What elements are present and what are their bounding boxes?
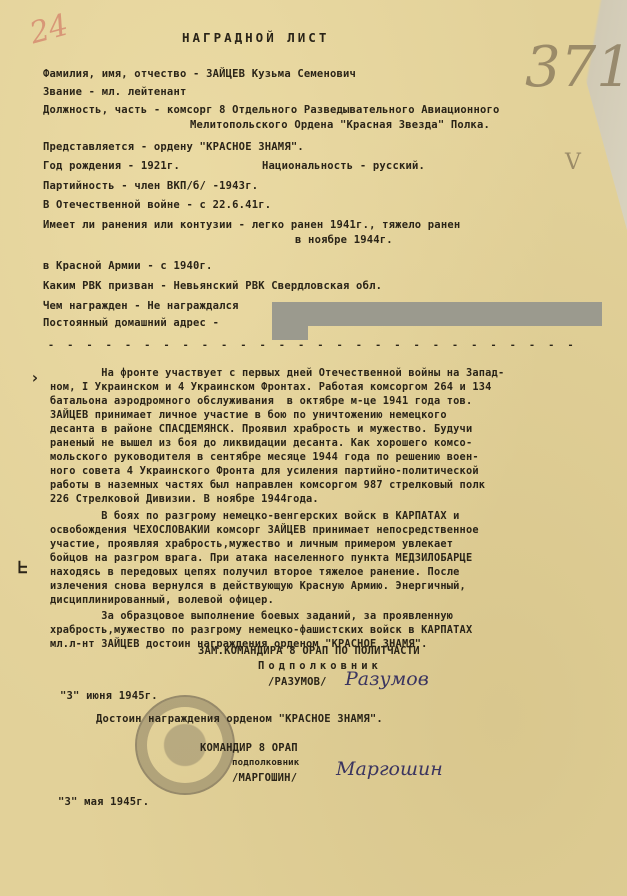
hook-mark: ᖶ xyxy=(18,558,27,578)
narrative-line: ЗАЙЦЕВ принимает личное участие в бою по… xyxy=(50,409,447,421)
conclusion-text: Достоин награждения орденом "КРАСНОЕ ЗНА… xyxy=(96,713,383,725)
narrative-line: участие, проявляя храбрость,мужество и л… xyxy=(50,538,453,550)
redaction-box-tail xyxy=(272,326,308,340)
document-title: НАГРАДНОЙ ЛИСТ xyxy=(182,30,329,45)
arrow-mark: › xyxy=(30,368,40,387)
narrative-line: раненый не вышел из боя до ликвидации де… xyxy=(50,437,472,449)
narrative-line: ном, I Украинском и 4 Украинском Фронтах… xyxy=(50,381,492,393)
narrative-line: храбрость,мужество по разгрому немецко-ф… xyxy=(50,624,472,636)
signer1-position: ЗАМ.КОМАНДИРА 8 ОРАП ПО ПОЛИТЧАСТИ xyxy=(198,645,420,657)
redaction-box xyxy=(272,302,602,326)
narrative-line: На фронте участвует с первых дней Отечес… xyxy=(50,367,504,379)
narrative-line: ного совета 4 Украинского Фронта для уси… xyxy=(50,465,479,477)
narrative-line: находясь в передовых цепях получил второ… xyxy=(50,566,460,578)
narrative-line: За образцовое выполнение боевых заданий,… xyxy=(50,610,453,622)
narrative-line: излечения снова вернулся в действующую К… xyxy=(50,580,466,592)
signer2-signature: Маргошин xyxy=(336,758,443,780)
field-awards: Чем награжден - Не награждался xyxy=(43,300,239,312)
field-wounds-cont: в ноябре 1944г. xyxy=(295,234,393,246)
narrative-line: мольского руководителя в сентябре месяце… xyxy=(50,451,479,463)
pencil-check-mark: V xyxy=(565,150,581,175)
field-nominated-for: Представляется - ордену "КРАСНОЕ ЗНАМЯ". xyxy=(43,141,304,153)
signer1-signature: Разумов xyxy=(345,668,429,690)
narrative-line: батальона аэродромного обслуживания в ок… xyxy=(50,395,472,407)
date-2: "3" мая 1945г. xyxy=(58,796,149,808)
narrative-line: десанта в районе СПАСДЕМЯНСК. Проявил хр… xyxy=(50,423,472,435)
field-red-army: в Красной Армии - с 1940г. xyxy=(43,260,213,272)
separator-line: - - - - - - - - - - - - - - - - - - - - … xyxy=(48,340,577,351)
narrative-line: бойцов на разгром врага. При атака насел… xyxy=(50,552,472,564)
narrative-line: работы в наземных частях был направлен к… xyxy=(50,479,485,491)
field-wounds: Имеет ли ранения или контузии - легко ра… xyxy=(43,219,460,231)
signer2-position: КОМАНДИР 8 ОРАП xyxy=(200,742,298,754)
field-home-address: Постоянный домашний адрес - xyxy=(43,317,226,329)
narrative-line: В боях по разгрому немецко-венгерских во… xyxy=(50,510,460,522)
field-birth-year: Год рождения - 1921г. xyxy=(43,160,180,172)
signer2-name: /МАРГОШИН/ xyxy=(232,772,297,784)
field-party: Партийность - член ВКП/б/ -1943г. xyxy=(43,180,258,192)
date-1: "3" июня 1945г. xyxy=(60,690,158,702)
signer1-name: /РАЗУМОВ/ xyxy=(268,676,327,688)
field-name: Фамилия, имя, отчество - ЗАЙЦЕВ Кузьма С… xyxy=(43,68,356,80)
signer2-rank: подполковник xyxy=(232,758,299,768)
narrative-line: 226 Стрелковой Дивизии. В ноябре 1944год… xyxy=(50,493,319,505)
field-drafted-by: Каким РВК призван - Невьянский РВК Сверд… xyxy=(43,280,382,292)
field-rank: Звание - мл. лейтенант xyxy=(43,86,187,98)
pencil-number: 371 xyxy=(525,35,627,100)
field-nationality: Национальность - русский. xyxy=(262,160,425,172)
field-position-cont: Мелитопольского Ордена "Красная Звезда" … xyxy=(190,119,490,131)
field-position: Должность, часть - комсорг 8 Отдельного … xyxy=(43,104,500,116)
narrative-line: освобождения ЧЕХОСЛОВАКИИ комсорг ЗАЙЦЕВ… xyxy=(50,524,479,536)
narrative-line: дисциплинированный, волевой офицер. xyxy=(50,594,274,606)
field-war-service: В Отечественной войне - с 22.6.41г. xyxy=(43,199,271,211)
